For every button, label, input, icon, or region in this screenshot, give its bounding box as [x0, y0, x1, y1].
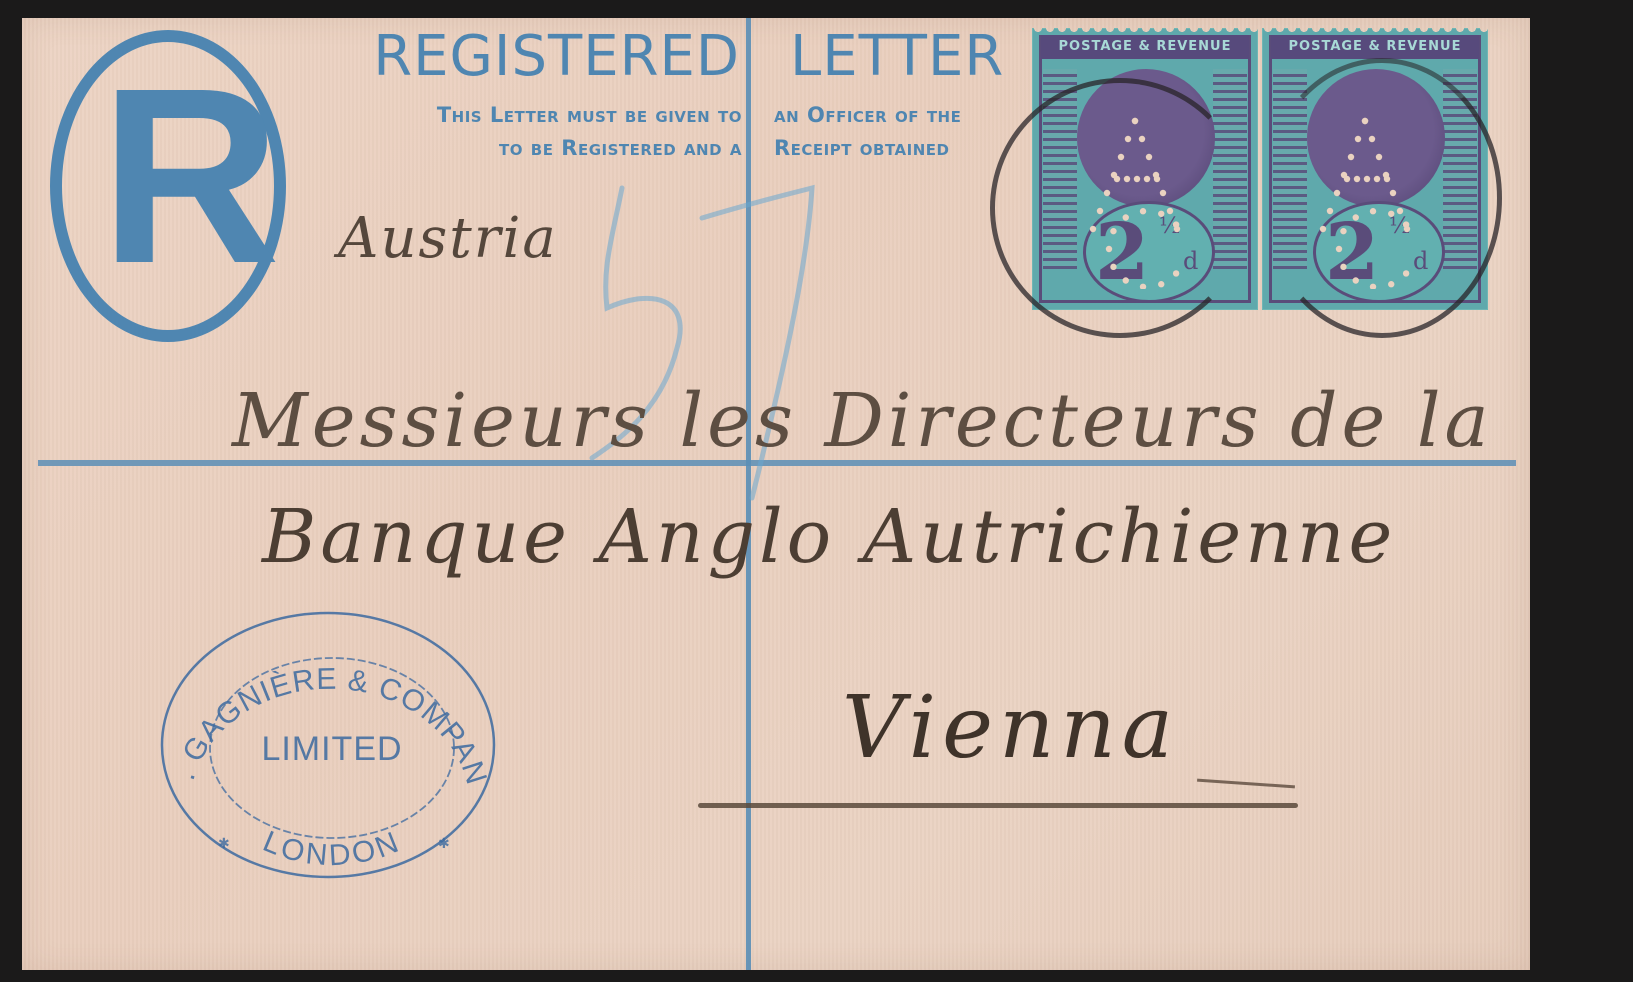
title-registered: REGISTERED: [322, 24, 740, 89]
registered-r-mark: R: [100, 76, 270, 286]
postmark-cancel: [990, 78, 1250, 338]
svg-text:✱: ✱: [438, 835, 450, 851]
title-letter: LETTER: [790, 24, 1060, 89]
instruction-left-line2: to be Registered and a: [297, 136, 742, 160]
handwritten-address-line2: Banque Anglo Autrichienne: [262, 494, 1396, 580]
city-underline-flourish: [1197, 779, 1295, 789]
instruction-left-line1: This Letter must be given to: [297, 103, 742, 127]
instruction-right-line2: Receipt obtained: [774, 136, 949, 160]
stamp-header: POSTAGE & REVENUE: [1271, 35, 1479, 59]
registered-envelope: R REGISTERED LETTER This Letter must be …: [22, 18, 1530, 970]
postmark-cancel: [1262, 58, 1502, 338]
city-underline: [698, 803, 1298, 808]
svg-text:✱: ✱: [218, 835, 230, 851]
sender-handstamp: J. GAGNIÈRE & COMPANY LIMITED LONDON ✱ ✱: [156, 608, 500, 882]
handwritten-city: Vienna: [842, 678, 1179, 778]
handstamp-center: LIMITED: [261, 730, 402, 768]
svg-text:LONDON: LONDON: [258, 825, 405, 872]
instruction-right-line1: an Officer of the: [774, 103, 961, 127]
handstamp-bottom-arc: LONDON: [258, 825, 405, 872]
handwritten-country: Austria: [338, 206, 558, 271]
stamp-header: POSTAGE & REVENUE: [1041, 35, 1249, 59]
handwritten-address-line1: Messieurs les Directeurs de la: [232, 378, 1493, 464]
